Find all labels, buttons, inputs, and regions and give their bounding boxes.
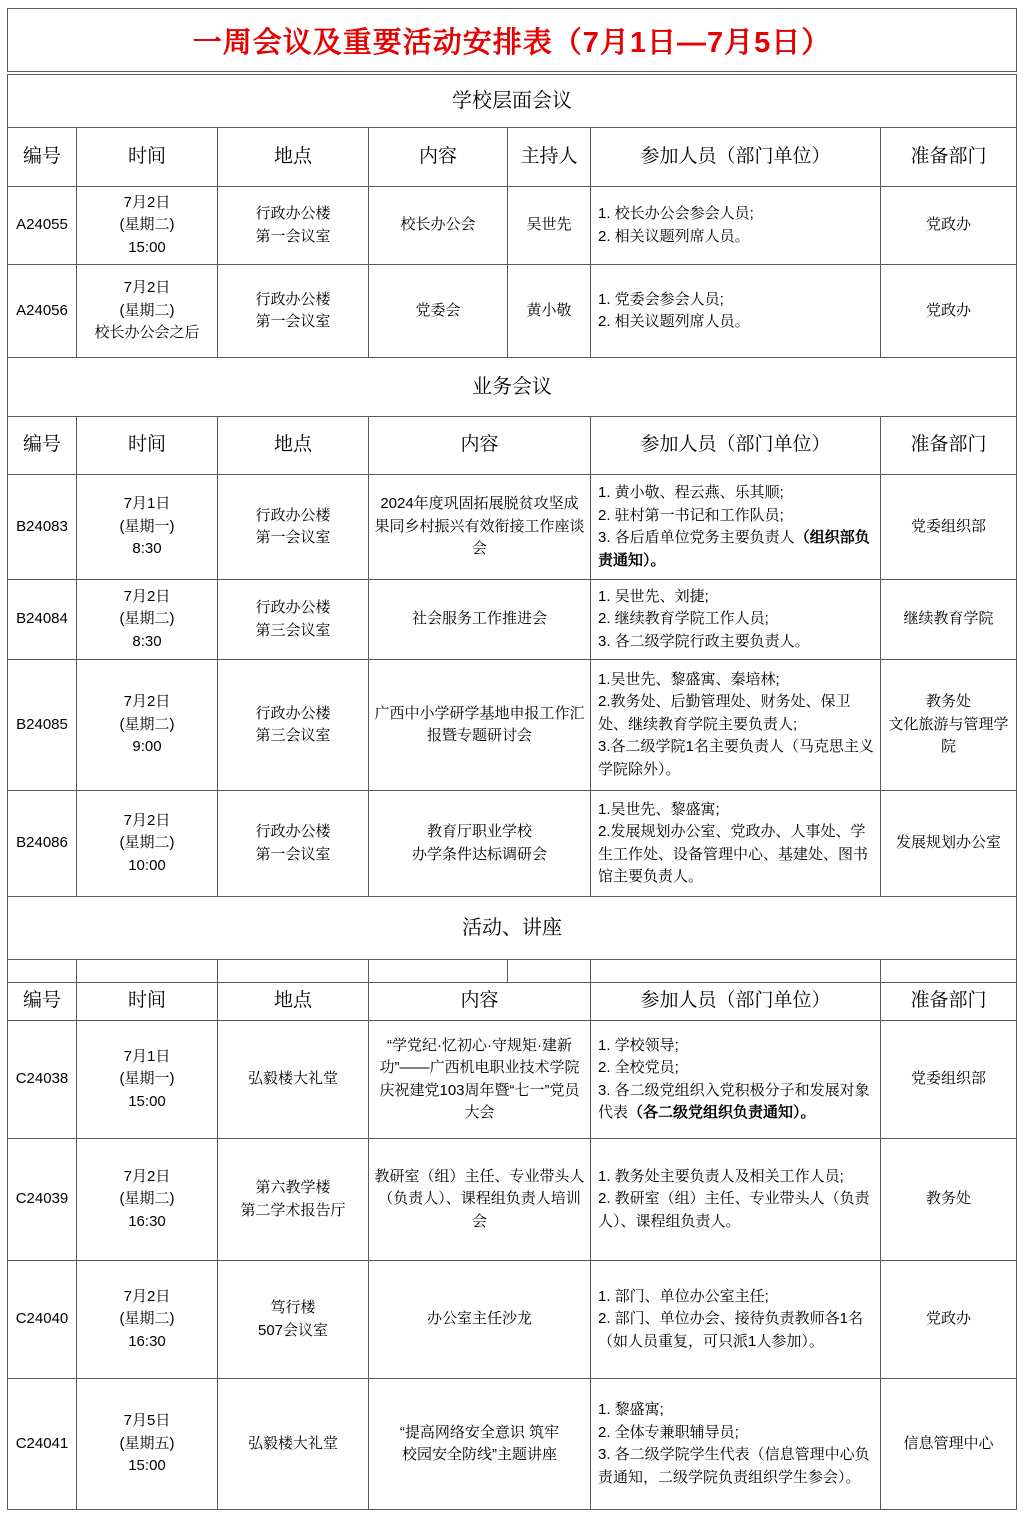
- row-id: B24084: [8, 580, 77, 660]
- row-content: 教育厅职业学校 办学条件达标调研会: [369, 791, 591, 897]
- row-id: A24056: [8, 265, 77, 358]
- spacer-cell: [508, 960, 591, 983]
- row-content: 2024年度巩固拓展脱贫攻坚成果同乡村振兴有效衔接工作座谈会: [369, 475, 591, 580]
- row-participants: 1. 黎盛寓; 2. 全体专兼职辅导员; 3. 各二级学院学生代表（信息管理中心…: [591, 1379, 881, 1510]
- row-participants: 1. 吴世先、刘捷; 2. 继续教育学院工作人员; 3. 各二级学院行政主要负责…: [591, 580, 881, 660]
- participant-item: 2. 教研室（组）主任、专业带头人（负责人）、课程组负责人。: [598, 1188, 874, 1233]
- row-time: 7月2日 (星期二) 15:00: [77, 187, 218, 265]
- row-id: C24041: [8, 1379, 77, 1510]
- row-time: 7月5日 (星期五) 15:00: [77, 1379, 218, 1510]
- row-time: 7月2日 (星期二) 16:30: [77, 1139, 218, 1261]
- col-header-time: 时间: [77, 417, 218, 475]
- column-header-row: 编号 时间 地点 内容 主持人 参加人员（部门单位） 准备部门: [8, 128, 1017, 187]
- row-prep: 党政办: [881, 187, 1017, 265]
- spacer-cell: [369, 960, 508, 983]
- spacer-cell: [8, 960, 77, 983]
- col-header-host: 主持人: [508, 128, 591, 187]
- row-content: 社会服务工作推进会: [369, 580, 591, 660]
- row-id: B24085: [8, 660, 77, 791]
- row-place: 行政办公楼 第一会议室: [218, 265, 369, 358]
- row-time: 7月2日 (星期二) 9:00: [77, 660, 218, 791]
- row-host: 吴世先: [508, 187, 591, 265]
- row-prep: 信息管理中心: [881, 1379, 1017, 1510]
- row-time: 7月2日 (星期二) 10:00: [77, 791, 218, 897]
- col-header-time: 时间: [77, 983, 218, 1021]
- row-place: 弘毅楼大礼堂: [218, 1021, 369, 1139]
- row-participants: 1.吴世先、黎盛寓、秦培林; 2.教务处、后勤管理处、财务处、保卫处、继续教育学…: [591, 660, 881, 791]
- page-title: 一周会议及重要活动安排表（7月1日—7月5日）: [193, 20, 832, 61]
- row-time: 7月2日 (星期二) 校长办公会之后: [77, 265, 218, 358]
- table-row: A24056 7月2日 (星期二) 校长办公会之后 行政办公楼 第一会议室 党委…: [8, 265, 1017, 358]
- row-participants: 1. 黄小敬、程云燕、乐其顺; 2. 驻村第一书记和工作队员; 3. 各后盾单位…: [591, 475, 881, 580]
- col-header-participants: 参加人员（部门单位）: [591, 128, 881, 187]
- participant-item: 1. 吴世先、刘捷;: [598, 586, 874, 609]
- row-content: 办公室主任沙龙: [369, 1261, 591, 1379]
- row-content: 教研室（组）主任、专业带头人（负责人）、课程组负责人培训会: [369, 1139, 591, 1261]
- table-row: B24083 7月1日 (星期一) 8:30 行政办公楼 第一会议室 2024年…: [8, 475, 1017, 580]
- col-header-place: 地点: [218, 983, 369, 1021]
- col-header-content: 内容: [369, 417, 591, 475]
- section-title-school: 学校层面会议: [8, 75, 1017, 128]
- participant-item: 2. 相关议题列席人员。: [598, 226, 874, 249]
- row-participants: 1. 校长办公会参会人员; 2. 相关议题列席人员。: [591, 187, 881, 265]
- participant-item: 2. 相关议题列席人员。: [598, 311, 874, 334]
- participant-item: 2.教务处、后勤管理处、财务处、保卫处、继续教育学院主要负责人;: [598, 691, 874, 736]
- spacer-cell: [77, 960, 218, 983]
- col-header-participants: 参加人员（部门单位）: [591, 417, 881, 475]
- col-header-time: 时间: [77, 128, 218, 187]
- participant-item: 1. 学校领导;: [598, 1035, 874, 1058]
- section-title-activity: 活动、讲座: [8, 897, 1017, 960]
- spacer-cell: [218, 960, 369, 983]
- row-place: 行政办公楼 第三会议室: [218, 580, 369, 660]
- participant-item: 3. 各二级党组织入党积极分子和发展对象代表（各二级党组织负责通知）。: [598, 1080, 874, 1125]
- row-place: 行政办公楼 第一会议室: [218, 791, 369, 897]
- row-prep: 继续教育学院: [881, 580, 1017, 660]
- col-header-prep: 准备部门: [881, 128, 1017, 187]
- participant-item: 3. 各后盾单位党务主要负责人（组织部负责通知）。: [598, 527, 874, 572]
- column-header-row: 编号 时间 地点 内容 参加人员（部门单位） 准备部门: [8, 983, 1017, 1021]
- participant-item: 1. 党委会参会人员;: [598, 289, 874, 312]
- row-prep: 党政办: [881, 1261, 1017, 1379]
- participant-item: 1.吴世先、黎盛寓;: [598, 799, 874, 822]
- row-content: “学党纪·忆初心·守规矩·建新功”——广西机电职业技术学院庆祝建党103周年暨“…: [369, 1021, 591, 1139]
- spacer-cell: [591, 960, 881, 983]
- table-row: B24084 7月2日 (星期二) 8:30 行政办公楼 第三会议室 社会服务工…: [8, 580, 1017, 660]
- section-row-activity: 活动、讲座: [8, 897, 1017, 960]
- participant-item: 2. 全校党员;: [598, 1057, 874, 1080]
- col-header-place: 地点: [218, 128, 369, 187]
- col-header-participants: 参加人员（部门单位）: [591, 983, 881, 1021]
- table-row: B24085 7月2日 (星期二) 9:00 行政办公楼 第三会议室 广西中小学…: [8, 660, 1017, 791]
- row-id: C24040: [8, 1261, 77, 1379]
- col-header-prep: 准备部门: [881, 983, 1017, 1021]
- participant-item: 2.发展规划办公室、党政办、人事处、学生工作处、设备管理中心、基建处、图书馆主要…: [598, 821, 874, 889]
- participant-item: 1.吴世先、黎盛寓、秦培林;: [598, 669, 874, 692]
- row-prep: 党委组织部: [881, 1021, 1017, 1139]
- row-place: 行政办公楼 第三会议室: [218, 660, 369, 791]
- spacer-cell: [881, 960, 1017, 983]
- section-title-business: 业务会议: [8, 358, 1017, 417]
- table-row: A24055 7月2日 (星期二) 15:00 行政办公楼 第一会议室 校长办公…: [8, 187, 1017, 265]
- row-prep: 发展规划办公室: [881, 791, 1017, 897]
- participant-item: 2. 继续教育学院工作人员;: [598, 608, 874, 631]
- row-time: 7月2日 (星期二) 8:30: [77, 580, 218, 660]
- table-row: C24038 7月1日 (星期一) 15:00 弘毅楼大礼堂 “学党纪·忆初心·…: [8, 1021, 1017, 1139]
- participant-item: 3. 各二级学院行政主要负责人。: [598, 631, 874, 654]
- row-place: 第六教学楼 第二学术报告厅: [218, 1139, 369, 1261]
- row-participants: 1. 学校领导; 2. 全校党员; 3. 各二级党组织入党积极分子和发展对象代表…: [591, 1021, 881, 1139]
- row-time: 7月1日 (星期一) 8:30: [77, 475, 218, 580]
- participant-item: 1. 黄小敬、程云燕、乐其顺;: [598, 482, 874, 505]
- participant-item: 2. 全体专兼职辅导员;: [598, 1422, 874, 1445]
- row-prep: 党政办: [881, 265, 1017, 358]
- col-header-content: 内容: [369, 983, 591, 1021]
- participant-item: 1. 部门、单位办公室主任;: [598, 1286, 874, 1309]
- row-id: B24083: [8, 475, 77, 580]
- row-host: 黄小敬: [508, 265, 591, 358]
- row-participants: 1. 部门、单位办公室主任; 2. 部门、单位办会、接待负责教师各1名（如人员重…: [591, 1261, 881, 1379]
- col-header-id: 编号: [8, 983, 77, 1021]
- row-content: 校长办公会: [369, 187, 508, 265]
- schedule-sheet: 一周会议及重要活动安排表（7月1日—7月5日） 学校层面会议 编号 时间 地点 …: [0, 0, 1024, 1516]
- row-place: 笃行楼 507会议室: [218, 1261, 369, 1379]
- row-participants: 1. 教务处主要负责人及相关工作人员; 2. 教研室（组）主任、专业带头人（负责…: [591, 1139, 881, 1261]
- table-row: C24040 7月2日 (星期二) 16:30 笃行楼 507会议室 办公室主任…: [8, 1261, 1017, 1379]
- title-box: 一周会议及重要活动安排表（7月1日—7月5日）: [7, 8, 1017, 72]
- row-participants: 1.吴世先、黎盛寓; 2.发展规划办公室、党政办、人事处、学生工作处、设备管理中…: [591, 791, 881, 897]
- row-place: 行政办公楼 第一会议室: [218, 187, 369, 265]
- row-place: 行政办公楼 第一会议室: [218, 475, 369, 580]
- row-prep: 教务处 文化旅游与管理学院: [881, 660, 1017, 791]
- col-header-prep: 准备部门: [881, 417, 1017, 475]
- row-id: B24086: [8, 791, 77, 897]
- section-row-business: 业务会议: [8, 358, 1017, 417]
- col-header-place: 地点: [218, 417, 369, 475]
- participant-item: 2. 驻村第一书记和工作队员;: [598, 505, 874, 528]
- row-time: 7月2日 (星期二) 16:30: [77, 1261, 218, 1379]
- table-row: C24039 7月2日 (星期二) 16:30 第六教学楼 第二学术报告厅 教研…: [8, 1139, 1017, 1261]
- col-header-id: 编号: [8, 128, 77, 187]
- participant-item: 2. 部门、单位办会、接待负责教师各1名（如人员重复，可只派1人参加）。: [598, 1308, 874, 1353]
- participant-item: 3. 各二级学院学生代表（信息管理中心负责通知，二级学院负责组织学生参会）。: [598, 1444, 874, 1489]
- participant-item: 3.各二级学院1名主要负责人（马克思主义学院除外）。: [598, 736, 874, 781]
- row-id: C24039: [8, 1139, 77, 1261]
- participant-item: 1. 教务处主要负责人及相关工作人员;: [598, 1166, 874, 1189]
- column-header-row: 编号 时间 地点 内容 参加人员（部门单位） 准备部门: [8, 417, 1017, 475]
- row-prep: 教务处: [881, 1139, 1017, 1261]
- col-header-content: 内容: [369, 128, 508, 187]
- row-place: 弘毅楼大礼堂: [218, 1379, 369, 1510]
- table-row: B24086 7月2日 (星期二) 10:00 行政办公楼 第一会议室 教育厅职…: [8, 791, 1017, 897]
- row-prep: 党委组织部: [881, 475, 1017, 580]
- participant-item: 1. 校长办公会参会人员;: [598, 203, 874, 226]
- section-row-school: 学校层面会议: [8, 75, 1017, 128]
- row-content: 党委会: [369, 265, 508, 358]
- row-participants: 1. 党委会参会人员; 2. 相关议题列席人员。: [591, 265, 881, 358]
- table-row: C24041 7月5日 (星期五) 15:00 弘毅楼大礼堂 “提高网络安全意识…: [8, 1379, 1017, 1510]
- schedule-table: 学校层面会议 编号 时间 地点 内容 主持人 参加人员（部门单位） 准备部门 A…: [7, 74, 1017, 1510]
- row-content: “提高网络安全意识 筑牢 校园安全防线”主题讲座: [369, 1379, 591, 1510]
- participant-item: 1. 黎盛寓;: [598, 1399, 874, 1422]
- row-time: 7月1日 (星期一) 15:00: [77, 1021, 218, 1139]
- row-id: A24055: [8, 187, 77, 265]
- spacer-row: [8, 960, 1017, 983]
- row-id: C24038: [8, 1021, 77, 1139]
- col-header-id: 编号: [8, 417, 77, 475]
- row-content: 广西中小学研学基地申报工作汇报暨专题研讨会: [369, 660, 591, 791]
